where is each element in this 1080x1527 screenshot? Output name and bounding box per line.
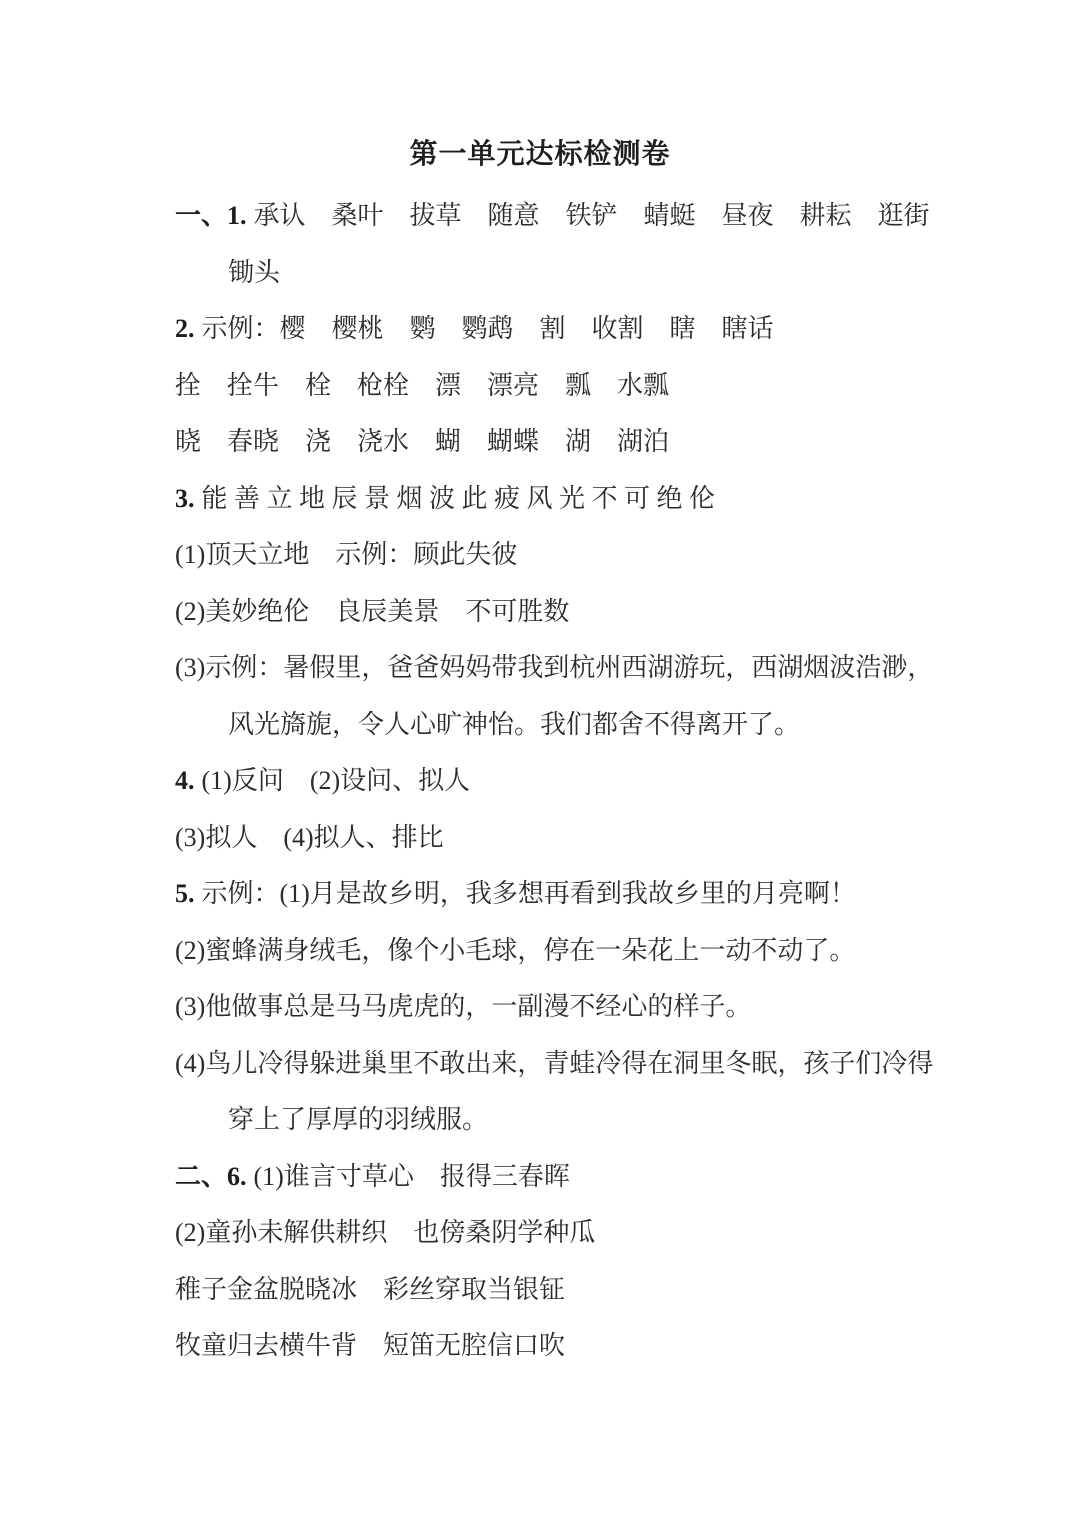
answer-line: 锄头 (175, 245, 1020, 302)
answer-line-prefix: 5. (175, 879, 195, 908)
answer-line-text: 示例：樱 樱桃 鹦 鹦鹉 割 收割 瞎 瞎话 (202, 314, 774, 343)
answer-sheet-page: 第一单元达标检测卷 一、1.承认 桑叶 拔草 随意 铁铲 蜻蜓 昼夜 耕耘 逛街… (0, 0, 1080, 1527)
answer-line-text: (2)童孙未解供耕织 也傍桑阴学种瓜 (175, 1218, 595, 1247)
answer-line: (2)蜜蜂满身绒毛，像个小毛球，停在一朵花上一动不动了。 (175, 923, 1020, 980)
answer-line-text: (1)反问 (2)设问、拟人 (202, 766, 471, 795)
answer-line: 风光旖旎，令人心旷神怡。我们都舍不得离开了。 (175, 697, 1020, 754)
answer-line-text: (1)谁言寸草心 报得三春晖 (254, 1162, 570, 1191)
answer-line: (3)他做事总是马马虎虎的，一副漫不经心的样子。 (175, 979, 1020, 1036)
answer-line: (3)示例：暑假里，爸爸妈妈带我到杭州西湖游玩，西湖烟波浩渺， (175, 640, 1020, 697)
answer-line: 拴 拴牛 栓 枪栓 漂 漂亮 瓢 水瓢 (175, 358, 1020, 415)
answer-line-text: (3)示例：暑假里，爸爸妈妈带我到杭州西湖游玩，西湖烟波浩渺， (175, 653, 933, 682)
answer-line-text: 风光旖旎，令人心旷神怡。我们都舍不得离开了。 (228, 710, 800, 739)
answer-line-text: 拴 拴牛 栓 枪栓 漂 漂亮 瓢 水瓢 (175, 371, 669, 400)
answer-line: 3.能 善 立 地 辰 景 烟 波 此 疲 风 光 不 可 绝 伦 (175, 471, 1020, 528)
answer-line-text: (3)拟人 (4)拟人、排比 (175, 823, 444, 852)
answer-line: 穿上了厚厚的羽绒服。 (175, 1092, 1020, 1149)
answer-line: (4)鸟儿冷得躲进巢里不敢出来，青蛙冷得在洞里冬眠，孩子们冷得 (175, 1036, 1020, 1093)
answer-line: (2)美妙绝伦 良辰美景 不可胜数 (175, 584, 1020, 641)
answer-line: 二、6.(1)谁言寸草心 报得三春晖 (175, 1149, 1020, 1206)
answers-list: 一、1.承认 桑叶 拔草 随意 铁铲 蜻蜓 昼夜 耕耘 逛街锄头2.示例：樱 樱… (0, 172, 1080, 1375)
answer-line-text: 示例：(1)月是故乡明，我多想再看到我故乡里的月亮啊！ (202, 879, 856, 908)
answer-line-text: (3)他做事总是马马虎虎的，一副漫不经心的样子。 (175, 992, 751, 1021)
answer-line: 5.示例：(1)月是故乡明，我多想再看到我故乡里的月亮啊！ (175, 866, 1020, 923)
answer-line-text: 晓 春晓 浇 浇水 蝴 蝴蝶 湖 湖泊 (175, 427, 669, 456)
answer-line: (3)拟人 (4)拟人、排比 (175, 810, 1020, 867)
answer-line: 一、1.承认 桑叶 拔草 随意 铁铲 蜻蜓 昼夜 耕耘 逛街 (175, 188, 1020, 245)
answer-line-prefix: 二、6. (175, 1162, 247, 1191)
answer-line-text: 穿上了厚厚的羽绒服。 (228, 1105, 488, 1134)
answer-line: 稚子金盆脱晓冰 彩丝穿取当银钲 (175, 1262, 1020, 1319)
answer-line: 2.示例：樱 樱桃 鹦 鹦鹉 割 收割 瞎 瞎话 (175, 301, 1020, 358)
answer-line: (1)顶天立地 示例：顾此失彼 (175, 527, 1020, 584)
answer-line-text: 能 善 立 地 辰 景 烟 波 此 疲 风 光 不 可 绝 伦 (202, 484, 716, 513)
answer-line-text: 牧童归去横牛背 短笛无腔信口吹 (175, 1331, 565, 1360)
answer-line-text: 稚子金盆脱晓冰 彩丝穿取当银钲 (175, 1275, 565, 1304)
answer-line-text: (1)顶天立地 示例：顾此失彼 (175, 540, 517, 569)
page-title: 第一单元达标检测卷 (0, 0, 1080, 172)
answer-line-text: (2)美妙绝伦 良辰美景 不可胜数 (175, 597, 569, 626)
answer-line: 晓 春晓 浇 浇水 蝴 蝴蝶 湖 湖泊 (175, 414, 1020, 471)
answer-line: 牧童归去横牛背 短笛无腔信口吹 (175, 1318, 1020, 1375)
answer-line-prefix: 3. (175, 484, 195, 513)
answer-line: 4.(1)反问 (2)设问、拟人 (175, 753, 1020, 810)
answer-line-text: 承认 桑叶 拔草 随意 铁铲 蜻蜓 昼夜 耕耘 逛街 (254, 201, 930, 230)
answer-line-prefix: 2. (175, 314, 195, 343)
answer-line-prefix: 4. (175, 766, 195, 795)
answer-line: (2)童孙未解供耕织 也傍桑阴学种瓜 (175, 1205, 1020, 1262)
answer-line-text: 锄头 (228, 258, 280, 287)
answer-line-text: (2)蜜蜂满身绒毛，像个小毛球，停在一朵花上一动不动了。 (175, 936, 855, 965)
answer-line-text: (4)鸟儿冷得躲进巢里不敢出来，青蛙冷得在洞里冬眠，孩子们冷得 (175, 1049, 933, 1078)
answer-line-prefix: 一、1. (175, 201, 247, 230)
